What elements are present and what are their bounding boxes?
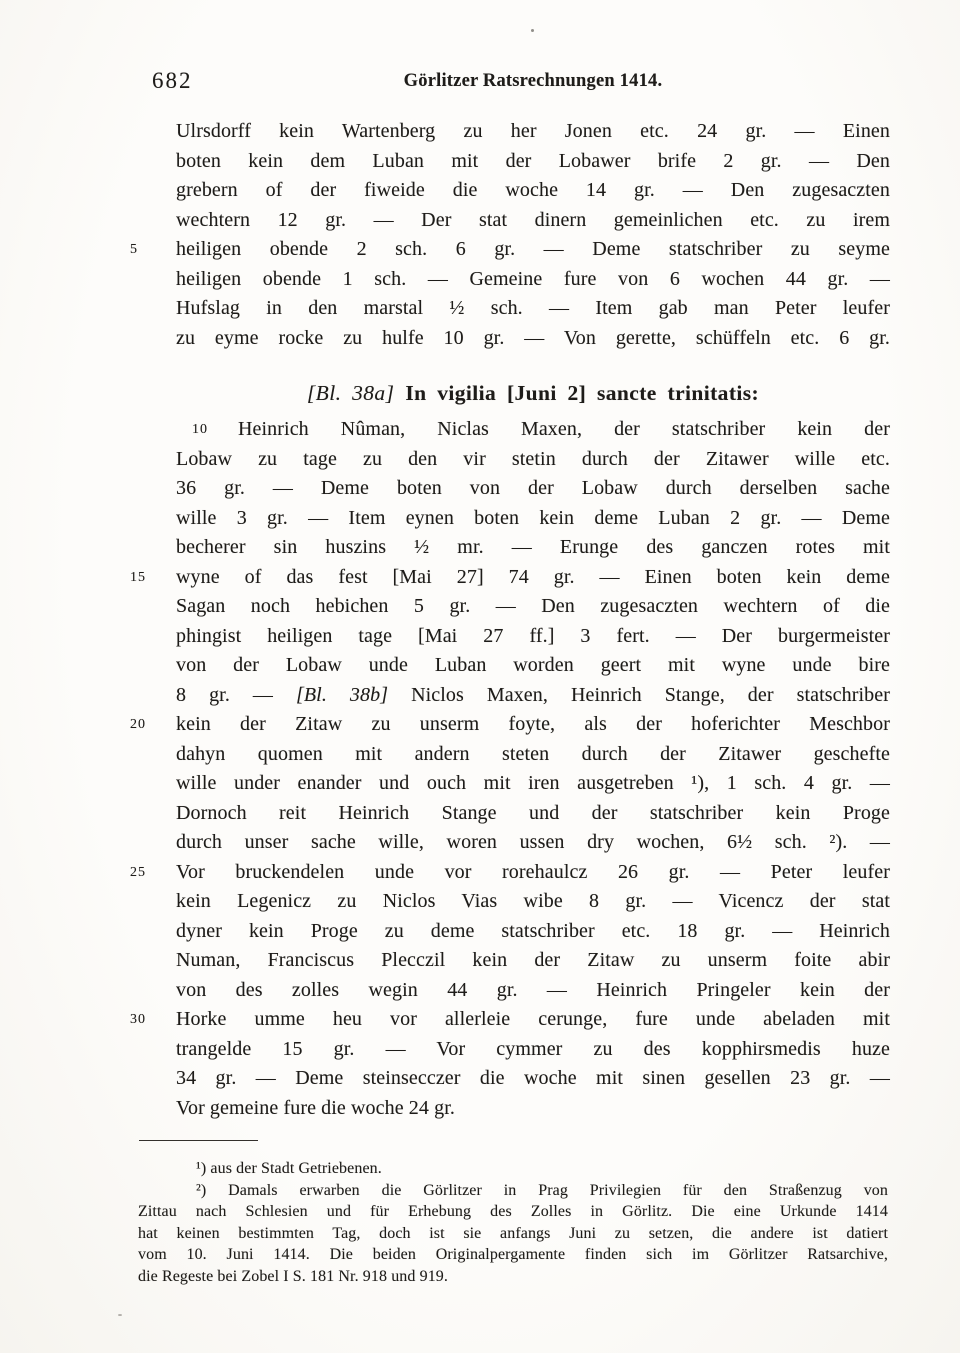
text-line: 20kein der Zitaw zu unserm foyte, als de… <box>176 710 890 740</box>
folio-reference: [Bl. 38a] <box>307 381 394 405</box>
footnote-2: ²) Damals erwarben die Görlitzer in Prag… <box>138 1180 888 1288</box>
text-line: heiligen obende 1 sch. — Gemeine fure vo… <box>176 265 890 295</box>
text-line: Lobaw zu tage zu den vir stetin durch de… <box>176 445 890 475</box>
text-line: wille under enander und ouch mit iren au… <box>176 769 890 799</box>
text-line: 34 gr. — Deme steinsecczer die woche mit… <box>176 1064 890 1094</box>
text-line: 36 gr. — Deme boten von der Lobaw durch … <box>176 474 890 504</box>
text-line: Sagan noch hebichen 5 gr. — Den zugesacz… <box>176 592 890 622</box>
text-line: 15wyne of das fest [Mai 27] 74 gr. — Ein… <box>176 563 890 593</box>
main-text-column: Ulrsdorff kein Wartenberg zu her Jonen e… <box>176 117 890 1123</box>
footnote-1: ¹) aus der Stadt Getriebenen. <box>138 1158 888 1180</box>
text-line: kein Legenicz zu Niclos Vias wibe 8 gr. … <box>176 887 890 917</box>
text-line: 30Horke umme heu vor allerleie cerunge, … <box>176 1005 890 1035</box>
text-line: becherer sin huszins ½ mr. — Erunge des … <box>176 533 890 563</box>
footnote-line: vom 10. Juni 1414. Die beiden Originalpe… <box>138 1244 888 1266</box>
page-header: 682 Görlitzer Ratsrechnungen 1414. <box>176 68 890 98</box>
text-line: Numan, Franciscus Plecczil kein der Zita… <box>176 946 890 976</box>
text-line: 10Heinrich Nûman, Niclas Maxen, der stat… <box>176 415 890 445</box>
margin-line-number: 15 <box>130 563 164 593</box>
text-line: wechtern 12 gr. — Der stat dinern gemein… <box>176 206 890 236</box>
margin-line-number: 10 <box>130 415 164 445</box>
scan-speck <box>118 1314 122 1316</box>
paragraph-1: Ulrsdorff kein Wartenberg zu her Jonen e… <box>176 117 890 353</box>
text-line: dahyn quomen mit andern steten durch der… <box>176 740 890 770</box>
text-line: zu eyme rocke zu hulfe 10 gr. — Von gere… <box>176 324 890 354</box>
running-title: Görlitzer Ratsrechnungen 1414. <box>176 71 890 92</box>
text-line: boten kein dem Luban mit der Lobawer bri… <box>176 147 890 177</box>
footnote-line: die Regeste bei Zobel I S. 181 Nr. 918 u… <box>138 1266 888 1288</box>
text-line: Hufslag in den marstal ½ sch. — Item gab… <box>176 294 890 324</box>
text-line: von der Lobaw unde Luban worden geert mi… <box>176 651 890 681</box>
scan-speck <box>531 29 534 32</box>
text-line: grebern of der fiweide die woche 14 gr. … <box>176 176 890 206</box>
footnote-line: ²) Damals erwarben die Görlitzer in Prag… <box>138 1180 888 1202</box>
footnote-line: Zittau nach Schlesien und für Erhebung d… <box>138 1201 888 1223</box>
text-line: von des zolles wegin 44 gr. — Heinrich P… <box>176 976 890 1006</box>
text-line: 8 gr. — [Bl. 38b] Niclos Maxen, Heinrich… <box>176 681 890 711</box>
margin-line-number: 5 <box>130 235 164 265</box>
scanned-book-page: 682 Görlitzer Ratsrechnungen 1414. Ulrsd… <box>0 0 960 1353</box>
folio-reference: [Bl. 38b] <box>296 684 388 706</box>
footnote-separator <box>139 1140 258 1141</box>
section-heading-title: In vigilia [Juni 2] sancte trinitatis: <box>405 381 759 405</box>
text-line: Dornoch reit Heinrich Stange und der sta… <box>176 799 890 829</box>
paragraph-2: 10Heinrich Nûman, Niclas Maxen, der stat… <box>176 415 890 1123</box>
margin-line-number: 25 <box>130 858 164 888</box>
text-line: phingist heiligen tage [Mai 27 ff.] 3 fe… <box>176 622 890 652</box>
text-line: 5heiligen obende 2 sch. 6 gr. — Deme sta… <box>176 235 890 265</box>
text-line: 25Vor bruckendelen unde vor rorehaulcz 2… <box>176 858 890 888</box>
margin-line-number: 30 <box>130 1005 164 1035</box>
footnotes: ¹) aus der Stadt Getriebenen. ²) Damals … <box>138 1158 888 1287</box>
text-line: durch unser sache wille, woren ussen dry… <box>176 828 890 858</box>
text-line: dyner kein Proge zu deme statschriber et… <box>176 917 890 947</box>
section-heading: [Bl. 38a]In vigilia [Juni 2] sancte trin… <box>176 378 890 409</box>
margin-line-number: 20 <box>130 710 164 740</box>
footnote-line: hat keinen bestimmten Tag, doch ist sie … <box>138 1223 888 1245</box>
text-line: Ulrsdorff kein Wartenberg zu her Jonen e… <box>176 117 890 147</box>
text-line: trangelde 15 gr. — Vor cymmer zu des kop… <box>176 1035 890 1065</box>
text-line: Vor gemeine fure die woche 24 gr. <box>176 1094 890 1124</box>
text-line: wille 3 gr. — Item eynen boten kein deme… <box>176 504 890 534</box>
